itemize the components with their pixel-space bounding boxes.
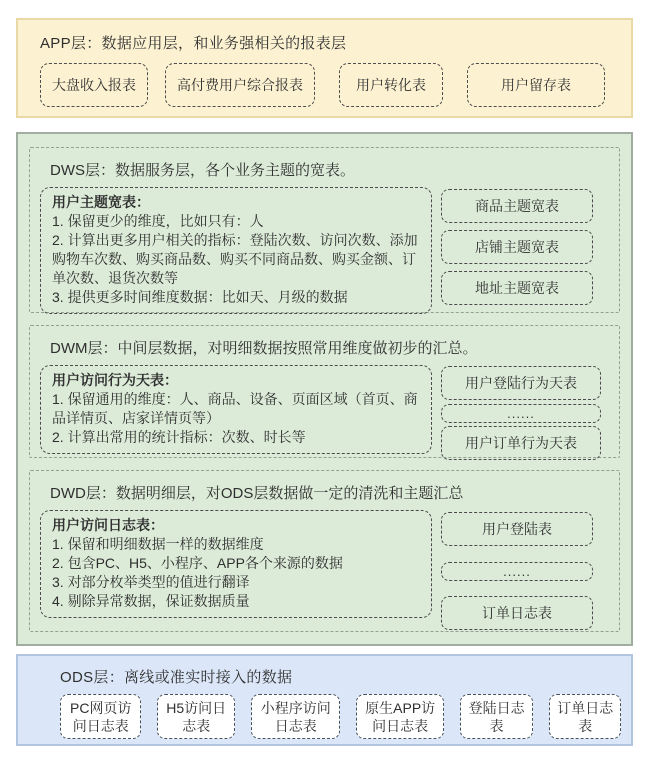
dws-main-box-line: 1. 保留更少的维度，比如只有：人 bbox=[52, 212, 420, 231]
dwm-layer-section: DWM层：中间层数据，对明细数据按照常用维度做初步的汇总。 用户访问行为天表： … bbox=[29, 325, 620, 458]
dwd-layer-title: DWD层：数据明细层，对ODS层数据做一定的清洗和主题汇总 bbox=[50, 482, 605, 503]
app-layer-box-row: 大盘收入报表 高付费用户综合报表 用户转化表 用户留存表 bbox=[40, 63, 617, 107]
dwd-side-column: 用户登陆表 ...... 订单日志表 bbox=[441, 512, 593, 630]
dws-main-box-line: 3. 提供更多时间维度数据：比如天、月级的数据 bbox=[52, 288, 420, 307]
data-warehouse-panel: DWS层：数据服务层，各个业务主题的宽表。 用户主题宽表： 1. 保留更少的维度… bbox=[16, 132, 633, 646]
ods-box-order-log: 订单日志表 bbox=[549, 694, 621, 739]
app-layer-panel: APP层：数据应用层，和业务强相关的报表层 大盘收入报表 高付费用户综合报表 用… bbox=[16, 18, 633, 118]
dwm-side-column: 用户登陆行为天表 ...... 用户订单行为天表 bbox=[441, 366, 601, 460]
dws-content-row: 用户主题宽表： 1. 保留更少的维度，比如只有：人 2. 计算出更多用户相关的指… bbox=[40, 187, 605, 314]
ods-box-login-log: 登陆日志表 bbox=[460, 694, 534, 739]
dwd-side-box-user-login-table: 用户登陆表 bbox=[441, 512, 593, 546]
dwm-side-box-login-daily: 用户登陆行为天表 bbox=[441, 366, 601, 400]
dwd-main-box-line: 3. 对部分枚举类型的值进行翻译 bbox=[52, 573, 420, 592]
dwm-layer-title: DWM层：中间层数据，对明细数据按照常用维度做初步的汇总。 bbox=[50, 337, 605, 358]
ods-layer-panel: ODS层：离线或准实时接入的数据 PC网页访问日志表 H5访问日志表 小程序访问… bbox=[16, 654, 633, 746]
dwd-main-box-line: 4. 剔除异常数据，保证数据质量 bbox=[52, 592, 420, 611]
ods-box-h5-log: H5访问日志表 bbox=[157, 694, 235, 739]
dwm-main-box-line: 1. 保留通用的维度：人、商品、设备、页面区域（首页、商品详情页、店家详情页等） bbox=[52, 390, 420, 428]
report-box-revenue: 大盘收入报表 bbox=[40, 63, 148, 107]
dwd-side-box-ellipsis: ...... bbox=[441, 562, 593, 581]
report-box-user-conversion: 用户转化表 bbox=[339, 63, 443, 107]
dws-layer-title: DWS层：数据服务层，各个业务主题的宽表。 bbox=[50, 159, 605, 180]
dws-side-box-shop-topic: 店铺主题宽表 bbox=[441, 230, 593, 264]
dwm-content-row: 用户访问行为天表： 1. 保留通用的维度：人、商品、设备、页面区域（首页、商品详… bbox=[40, 365, 605, 460]
dws-user-topic-wide-table-box: 用户主题宽表： 1. 保留更少的维度，比如只有：人 2. 计算出更多用户相关的指… bbox=[40, 187, 432, 314]
dws-side-column: 商品主题宽表 店铺主题宽表 地址主题宽表 bbox=[441, 189, 593, 305]
ods-box-pc-web-log: PC网页访问日志表 bbox=[60, 694, 141, 739]
dws-side-box-product-topic: 商品主题宽表 bbox=[441, 189, 593, 223]
dws-side-box-address-topic: 地址主题宽表 bbox=[441, 271, 593, 305]
ods-box-miniprogram-log: 小程序访问日志表 bbox=[251, 694, 340, 739]
ods-box-native-app-log: 原生APP访问日志表 bbox=[356, 694, 443, 739]
dwd-main-box-line: 2. 包含PC、H5、小程序、APP各个来源的数据 bbox=[52, 554, 420, 573]
dwm-main-box-heading: 用户访问行为天表： bbox=[52, 371, 420, 390]
dwd-user-visit-log-table-box: 用户访问日志表： 1. 保留和明细数据一样的数据维度 2. 包含PC、H5、小程… bbox=[40, 510, 432, 618]
report-box-user-retention: 用户留存表 bbox=[467, 63, 605, 107]
dws-layer-section: DWS层：数据服务层，各个业务主题的宽表。 用户主题宽表： 1. 保留更少的维度… bbox=[29, 147, 620, 313]
dws-main-box-heading: 用户主题宽表： bbox=[52, 193, 420, 212]
dwm-user-visit-daily-table-box: 用户访问行为天表： 1. 保留通用的维度：人、商品、设备、页面区域（首页、商品详… bbox=[40, 365, 432, 454]
dwd-main-box-heading: 用户访问日志表： bbox=[52, 516, 420, 535]
dwd-side-box-order-log-table: 订单日志表 bbox=[441, 596, 593, 630]
dwd-content-row: 用户访问日志表： 1. 保留和明细数据一样的数据维度 2. 包含PC、H5、小程… bbox=[40, 510, 605, 630]
ods-layer-box-row: PC网页访问日志表 H5访问日志表 小程序访问日志表 原生APP访问日志表 登陆… bbox=[60, 694, 621, 739]
app-layer-title: APP层：数据应用层，和业务强相关的报表层 bbox=[40, 32, 617, 53]
dwm-side-box-ellipsis: ...... bbox=[441, 404, 601, 423]
dwd-layer-section: DWD层：数据明细层，对ODS层数据做一定的清洗和主题汇总 用户访问日志表： 1… bbox=[29, 470, 620, 632]
dwd-main-box-line: 1. 保留和明细数据一样的数据维度 bbox=[52, 535, 420, 554]
ods-layer-title: ODS层：离线或准实时接入的数据 bbox=[60, 666, 621, 687]
report-box-high-paying-users: 高付费用户综合报表 bbox=[165, 63, 315, 107]
dws-main-box-line: 2. 计算出更多用户相关的指标：登陆次数、访问次数、添加购物车次数、购买商品数、… bbox=[52, 231, 420, 288]
dwm-main-box-line: 2. 计算出常用的统计指标：次数、时长等 bbox=[52, 428, 420, 447]
dwm-side-box-order-daily: 用户订单行为天表 bbox=[441, 426, 601, 460]
